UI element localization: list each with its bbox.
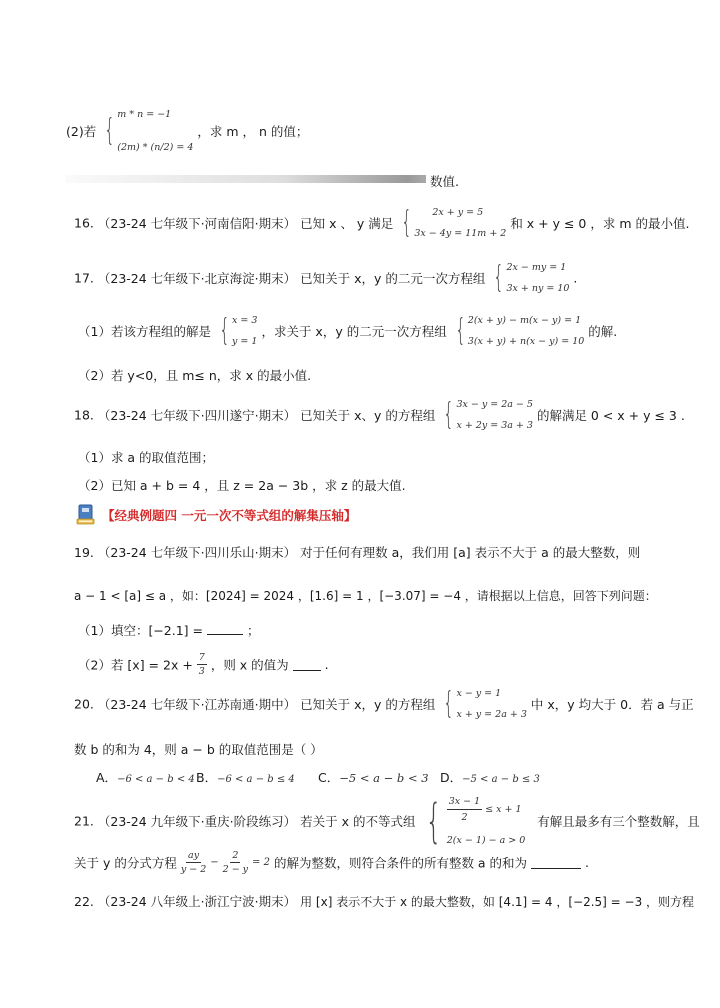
question-20-options: A．−6 < a − b < 4 B．−6 < a − b ≤ 4 C．−5 <…: [96, 768, 616, 786]
option-b[interactable]: B．−6 < a − b ≤ 4: [196, 768, 318, 786]
question-number: 18.: [74, 408, 94, 423]
question-number: 16.: [74, 216, 94, 231]
question-20-line2: 数 b 的和为 4，则 a − b 的取值范围是（ ）: [74, 740, 323, 758]
question-source: （23-24 七年级下·北京海淀·期末）: [98, 271, 296, 286]
question-number: 20.: [74, 697, 94, 712]
answer-blank[interactable]: [531, 856, 581, 869]
question-21: 21. （23-24 九年级下·重庆·阶段练习） 若关于 x 的不等式组 { 3…: [74, 794, 700, 848]
question-18-part2: （2）已知 a + b = 4 ，且 z = 2a − 3b ，求 z 的最大值…: [78, 476, 406, 494]
question-16: 16. （23-24 七年级下·河南信阳·期末） 已知 x 、 y 满足 { 2…: [74, 205, 689, 241]
obscured-line-overlay: [66, 175, 426, 183]
question-source: （23-24 七年级下·河南信阳·期末）: [98, 216, 296, 231]
part-tail: ，求 m ， n 的值；: [197, 124, 308, 139]
question-number: 21.: [74, 814, 94, 829]
question-17-part2: （2）若 y<0，且 m≤ n，求 x 的最小值.: [78, 366, 311, 384]
question-source: （23-24 七年级下·江苏南通·期中）: [98, 697, 296, 712]
equation-system: { 2(x + y) − m(x − y) = 1 3(x + y) + n(x…: [451, 313, 585, 349]
answer-blank[interactable]: [293, 658, 321, 671]
question-22: 22. （23-24 八年级上·浙江宁波·期末） 用 [x] 表示不大于 x 的…: [74, 892, 694, 910]
question-19: 19. （23-24 七年级下·四川乐山·期末） 对于任何有理数 a，我们用 […: [74, 543, 640, 561]
answer-blank[interactable]: [207, 622, 243, 635]
prev-question-part2: (2)若 { m * n = −1 (2m) * (n/2) = 4 ，求 m …: [66, 107, 308, 155]
section-heading: 【经典例题四 一元一次不等式组的解集压轴】: [76, 504, 356, 526]
question-19-line2: a − 1 < [a] ≤ a ，如：[2024] = 2024 ，[1.6] …: [74, 587, 657, 604]
question-source: （23-24 八年级上·浙江宁波·期末）: [98, 894, 296, 909]
equation-system: { 2x − my = 1 3x + ny = 10: [489, 260, 569, 296]
fraction: 3x − 1 2: [447, 794, 482, 825]
question-21-line2: 关于 y 的分式方程 ay y − 2 − 2 2 − y = 2 的解为整数，…: [74, 849, 589, 876]
inequality-system: { 3x − 1 2 ≤ x + 1 2(x − 1) − a > 0: [419, 794, 525, 848]
option-a[interactable]: A．−6 < a − b < 4: [96, 768, 196, 786]
equation-system: { 3x − y = 2a − 5 x + 2y = 3a + 3: [439, 397, 533, 433]
question-19-part2: （2）若 [x] = 2x + 7 3 ，则 x 的值为 .: [78, 651, 329, 678]
obscured-line-tail: 数值.: [430, 172, 459, 190]
question-number: 22.: [74, 894, 94, 909]
solution-system: { x = 3 y = 1: [215, 313, 258, 349]
question-20: 20. （23-24 七年级下·江苏南通·期中） 已知关于 x，y 的方程组 {…: [74, 686, 694, 722]
fraction: 7 3: [197, 651, 207, 678]
part-label: (2)若: [66, 124, 96, 139]
section-heading-text: 【经典例题四 一元一次不等式组的解集压轴】: [102, 506, 356, 524]
equation-system: { m * n = −1 (2m) * (n/2) = 4: [100, 107, 193, 155]
option-d[interactable]: D．−5 < a − b ≤ 3: [440, 768, 560, 786]
question-17: 17. （23-24 七年级下·北京海淀·期末） 已知关于 x，y 的二元一次方…: [74, 260, 577, 296]
option-c[interactable]: C．−5 < a − b < 3: [318, 768, 440, 786]
question-19-part1: （1）填空：[−2.1] = ；: [78, 621, 260, 639]
book-icon: [76, 504, 96, 526]
question-source: （23-24 七年级下·四川遂宁·期末）: [98, 408, 296, 423]
question-source: （23-24 七年级下·四川乐山·期末）: [98, 545, 296, 560]
question-17-part1: （1）若该方程组的解是 { x = 3 y = 1 ，求关于 x，y 的二元一次…: [78, 313, 617, 349]
fraction: ay y − 2: [181, 849, 206, 876]
equation-system: { x − y = 1 x + y = 2a + 3: [439, 686, 527, 722]
equation-system: { 2x + y = 5 3x − 4y = 11m + 2: [397, 205, 506, 241]
question-number: 19.: [74, 545, 94, 560]
question-18-part1: （1）求 a 的取值范围；: [78, 448, 214, 466]
question-source: （23-24 九年级下·重庆·阶段练习）: [98, 814, 296, 829]
fraction: 2 2 − y: [223, 849, 248, 876]
question-number: 17.: [74, 271, 94, 286]
question-18: 18. （23-24 七年级下·四川遂宁·期末） 已知关于 x、y 的方程组 {…: [74, 397, 685, 433]
